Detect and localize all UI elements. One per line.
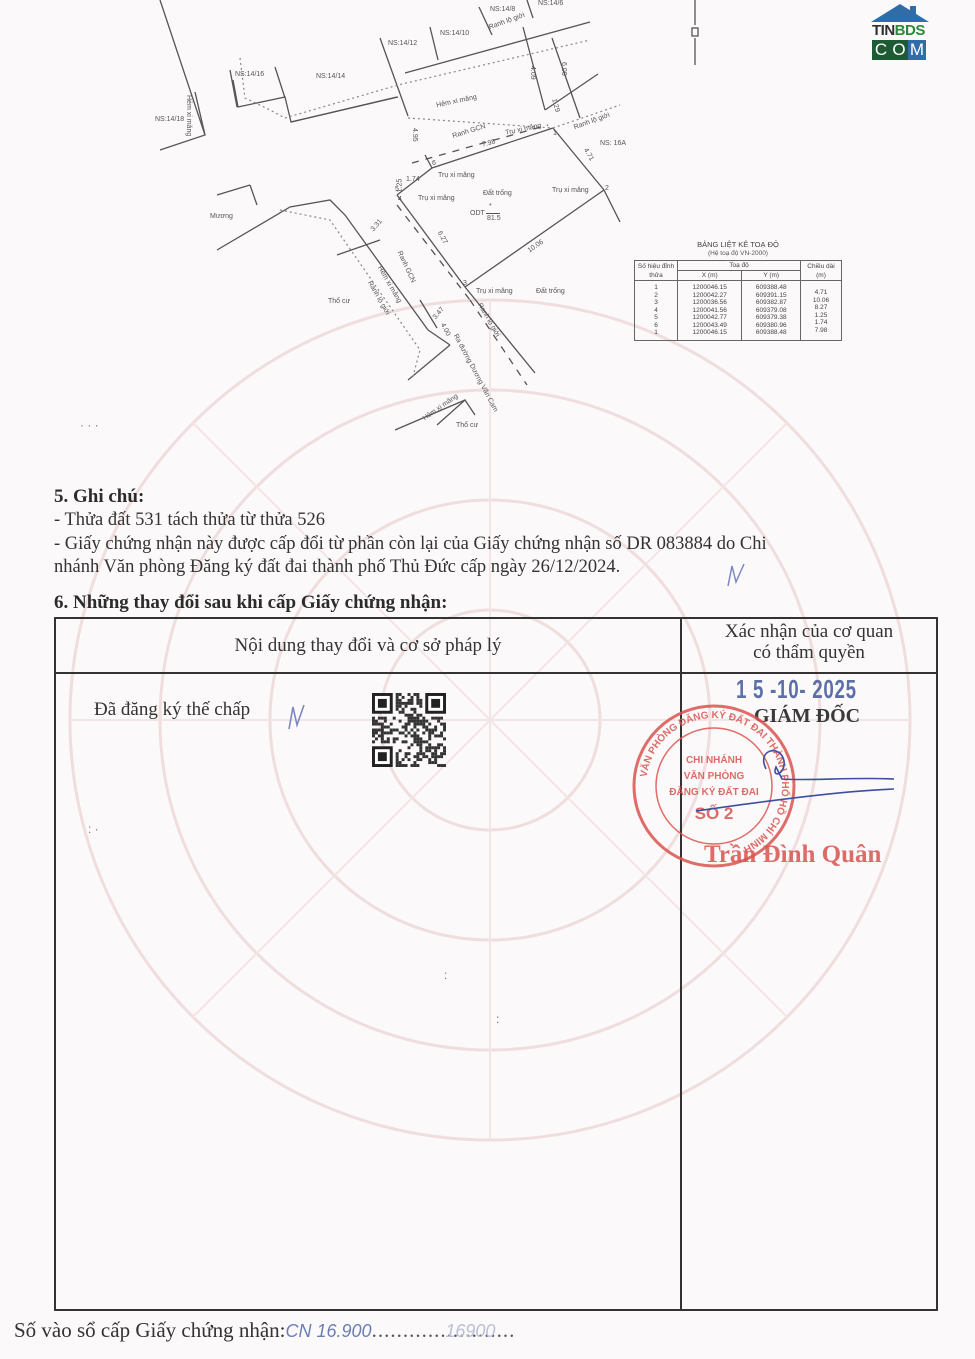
plan-label: NS:14/18 [155, 116, 184, 123]
plan-label: NS:14/12 [388, 40, 417, 47]
note-line-3: nhánh Văn phòng Đăng ký đất đai thành ph… [54, 557, 620, 578]
initial-signature-icon [724, 560, 748, 590]
vertex-label: 3 [463, 280, 467, 287]
signer-name: Trần Đình Quân [704, 841, 881, 869]
table-cell: 6 [637, 322, 675, 330]
plan-label: NS:14/6 [538, 0, 563, 7]
table-cell: 1 [637, 284, 675, 292]
plan-label-odt: ODT [470, 210, 485, 217]
table-cell: 4.71 [803, 289, 839, 297]
coordinate-table-grid: Số hiệu đỉnh thửa Toạ độ Chiều dài (m) X… [634, 260, 842, 341]
table-cell: 5 [637, 314, 675, 322]
table-cell: 609379.38 [744, 314, 798, 322]
plan-label: Đất trống [536, 288, 565, 295]
plan-label: Trụ xi măng [476, 288, 513, 295]
coordinate-table: BẢNG LIỆT KÊ TOẠ ĐỘ (Hệ toạ độ VN-2000) … [634, 240, 842, 341]
handwritten-signature [686, 739, 896, 819]
y-column: 609388.48609391.15609382.87609379.086093… [742, 281, 801, 341]
scan-mark: · · · [80, 418, 99, 432]
header-authority-confirmation: Xác nhận của cơ quan có thẩm quyền [682, 621, 936, 672]
notes-title: 5. Ghi chú: [54, 486, 144, 508]
col-length: Chiều dài (m) [801, 261, 842, 281]
note-line-1: - Thửa đất 531 tách thửa từ thửa 526 [54, 510, 325, 531]
table-cell: 609380.96 [744, 322, 798, 330]
vertex-label: 2 [605, 185, 609, 192]
qr-code[interactable] [372, 693, 446, 767]
header-change-content: Nội dung thay đổi và cơ sở pháp lý [56, 619, 680, 672]
col-point: Số hiệu đỉnh thửa [635, 261, 678, 281]
dimension-label: 6.00 [560, 62, 567, 76]
plan-label: Trụ xi măng [552, 187, 589, 194]
table-cell: 10.06 [803, 297, 839, 305]
changes-title: 6. Những thay đổi sau khi cấp Giấy chứng… [54, 592, 447, 614]
table-cell: 609391.15 [744, 292, 798, 300]
change-entry-mortgage: Đã đăng ký thế chấp [94, 699, 250, 721]
plan-label-parcel-no: * [489, 203, 492, 210]
vertex-label: 1 [553, 130, 557, 137]
plan-label: Đất trống [483, 190, 512, 197]
registration-number-handwritten: CN 16.900 [286, 1321, 372, 1341]
registration-number-handwritten-2: 16900 [445, 1321, 495, 1341]
table-cell: 1 [637, 329, 675, 337]
table-cell: 3 [637, 299, 675, 307]
plan-label-area: 81.5 [487, 215, 501, 222]
vertex-label: 4 [398, 196, 402, 203]
vertex-label: 6 [432, 160, 436, 167]
plan-label: Hẻm xi măng [185, 95, 192, 136]
plan-label: Thổ cư [328, 298, 350, 305]
table-cell: 1200042.77 [680, 314, 739, 322]
plan-label: NS:14/8 [490, 6, 515, 13]
col-coords: Toạ độ [678, 261, 801, 271]
points-column: 1234561 [635, 281, 678, 341]
plan-label: NS:14/16 [235, 71, 264, 78]
table-cell: 2 [637, 292, 675, 300]
vertex-label: 5 [395, 186, 399, 193]
registration-label: Số vào sổ cấp Giấy chứng nhận: [14, 1318, 286, 1342]
col-y: Y (m) [742, 271, 801, 281]
plan-label: Trụ xi măng [418, 195, 455, 202]
length-column: 4.7110.068.271.251.747.98 [801, 281, 842, 341]
plan-label: Thổ cư [456, 422, 478, 429]
table-cell: 1.74 [803, 319, 839, 327]
plan-label: Trụ xi măng [438, 172, 475, 179]
dimension-label: 4.09 [529, 66, 536, 80]
table-cell: 1.25 [803, 312, 839, 320]
table-cell: 609379.08 [744, 307, 798, 315]
plan-label: NS: 16A [600, 140, 626, 147]
dimension-label: 1.74 [406, 176, 420, 183]
table-cell: 4 [637, 307, 675, 315]
table-cell: 1200036.56 [680, 299, 739, 307]
plan-label: NS:14/10 [440, 30, 469, 37]
plan-label: NS:14/14 [316, 73, 345, 80]
dimension-label: 4.95 [411, 128, 418, 142]
table-cell: 609388.48 [744, 329, 798, 337]
table-cell: 1200042.27 [680, 292, 739, 300]
registration-number-line: Số vào sổ cấp Giấy chứng nhận:CN 16.900.… [14, 1318, 495, 1343]
plan-label: Mương [210, 213, 233, 220]
table-cell: 609388.48 [744, 284, 798, 292]
table-cell: 7.98 [803, 327, 839, 335]
coordinate-table-subtitle: (Hệ toạ độ VN-2000) [634, 249, 842, 258]
x-column: 1200046.151200042.271200036.561200041.56… [678, 281, 742, 341]
initial-signature-icon [284, 699, 308, 733]
table-cell: 1200046.15 [680, 329, 739, 337]
note-line-2: - Giấy chứng nhận này được cấp đổi từ ph… [54, 534, 767, 555]
coordinate-table-title: BẢNG LIỆT KÊ TOẠ ĐỘ [634, 240, 842, 249]
fraction-bar [486, 213, 500, 214]
changes-table: Nội dung thay đổi và cơ sở pháp lý Xác n… [54, 617, 938, 1311]
table-cell: 609382.87 [744, 299, 798, 307]
table-cell: 1200041.56 [680, 307, 739, 315]
table-cell: 1200046.15 [680, 284, 739, 292]
table-cell: 1200043.49 [680, 322, 739, 330]
col-x: X (m) [678, 271, 742, 281]
table-cell: 8.27 [803, 304, 839, 312]
